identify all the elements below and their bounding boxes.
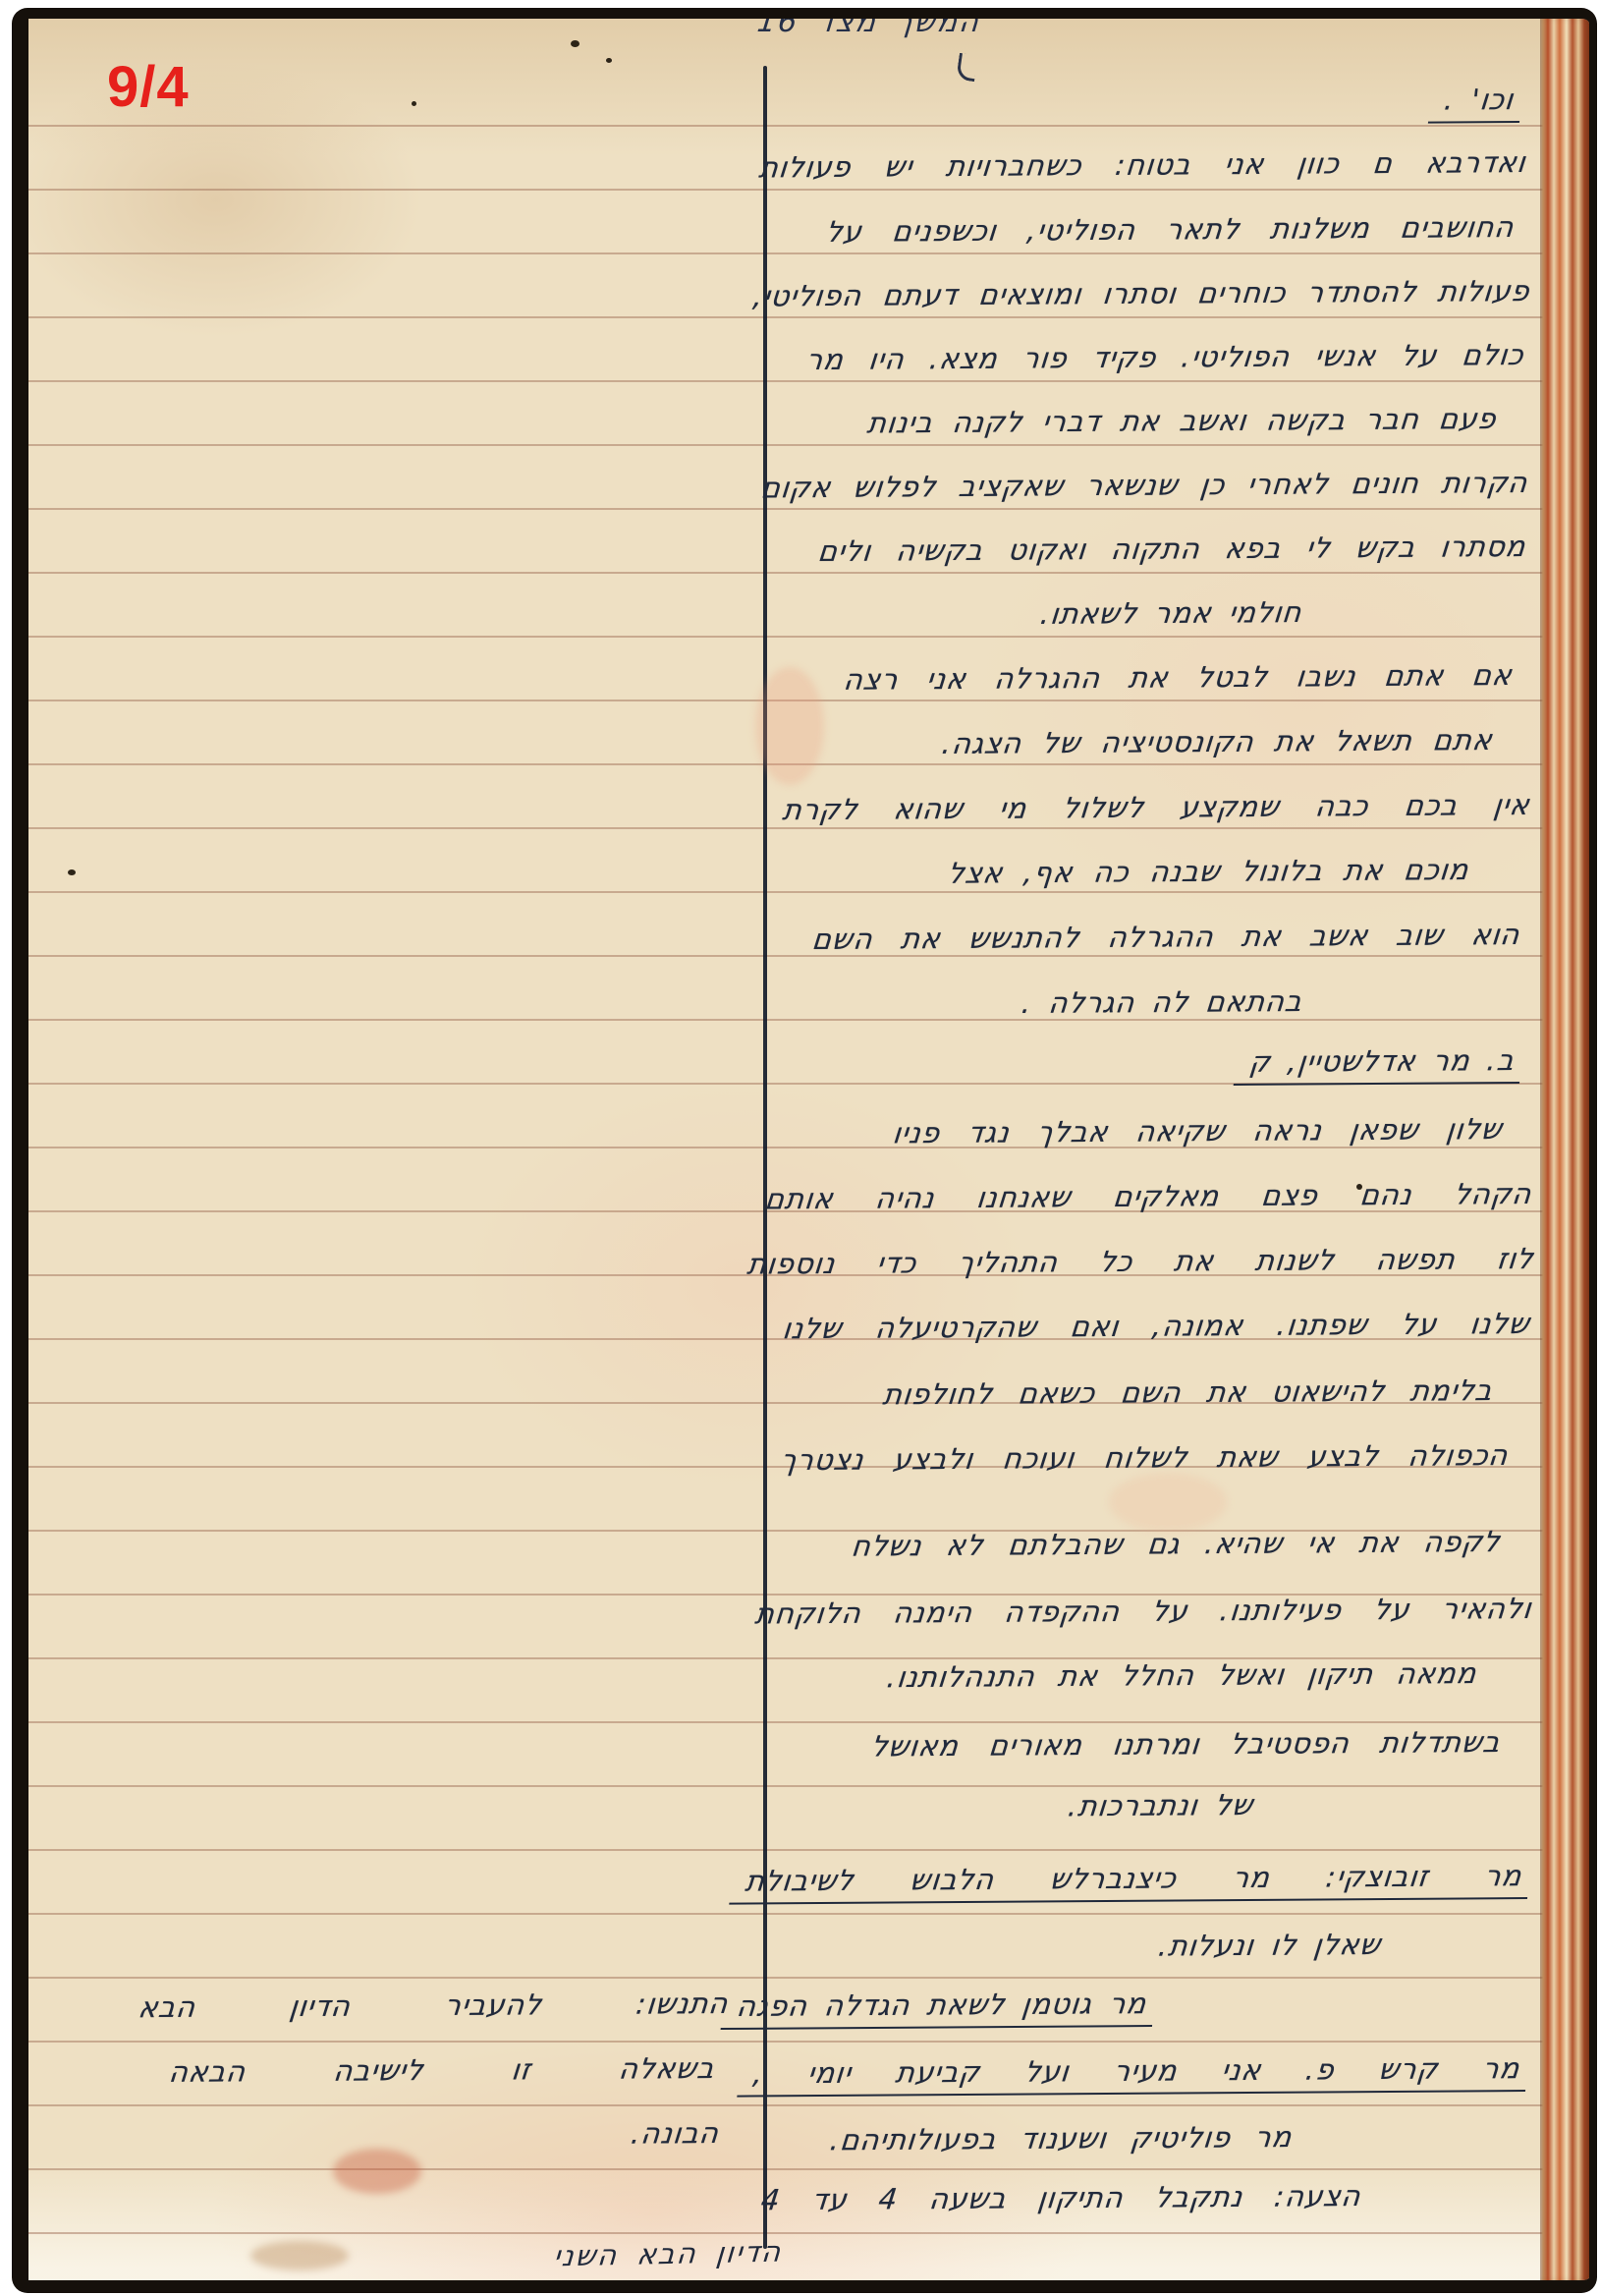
handwritten-line: וכו' . <box>1428 80 1524 124</box>
handwritten-line: מר פוליטיק ושענוד בפעולותיהם. <box>828 2117 1295 2159</box>
handwritten-line: הכפולה לבצע שאת לשלוח ועוכח ולבצע נצטרך <box>779 1435 1511 1480</box>
red-stain <box>333 2149 421 2194</box>
handwritten-line: אין בכם כבה שמקצע לשלול מי שהוא לקרת <box>781 785 1532 829</box>
handwritten-line: אתם תשאל את הקונסטיציה של הצגה. <box>940 720 1495 763</box>
ink-speck <box>68 869 76 875</box>
binding-edge <box>1540 19 1589 2280</box>
handwritten-line: אם אתם נשבו לבטל את ההגרלה אני רצה <box>842 655 1515 700</box>
header-note: המשך מצד 16 <box>755 8 982 39</box>
handwritten-line: שאלן לו ונעלות. <box>1156 1925 1383 1966</box>
handwritten-line: מסתרו בקש לי בפא התקוה ואקוט בקשיה ולים <box>816 527 1528 571</box>
pink-stain <box>755 667 824 785</box>
handwritten-line: ממאה תיקון ואשל החלל את התנהלותנו. <box>885 1653 1479 1697</box>
ink-speck <box>412 101 416 106</box>
scanned-document: 9/4 המשך מצד 16 וכו' .ואדרבא ם כוון אני … <box>0 0 1600 2296</box>
handwritten-line: של ונתברכות. <box>1066 1785 1255 1825</box>
page-scan: 9/4 המשך מצד 16 וכו' .ואדרבא ם כוון אני … <box>12 8 1597 2293</box>
footer-note: הדיון הבא השני <box>552 2235 784 2273</box>
handwritten-line: הקהל נהם פצם מאלקים שאנחנו נהיה אותם <box>763 1174 1534 1218</box>
handwritten-line: שלון שפאן נראה שקיאה אבלך נגד פניו <box>891 1109 1505 1152</box>
handwritten-line: כולם על אנשי הפוליטי. פקיד פור מצא. היו … <box>804 335 1526 379</box>
handwritten-line: מר זובוצקי: מר כיצנברלש הלבוש לשיבולת <box>729 1856 1532 1905</box>
handwritten-line: פעולות להסתדר כוחרים וסתרו ומוצאים דעתם … <box>751 271 1532 316</box>
handwritten-line: הצעה: נתקבל התיקון בשעה 4 עד 4 <box>759 2176 1363 2219</box>
pink-stain <box>1109 1473 1227 1532</box>
column-divider <box>763 66 767 2249</box>
handwritten-line: בלימת להישאוט את השם כשאם לחולפות <box>881 1371 1495 1414</box>
handwritten-line: בשאלה זו לישיבה הבאה <box>167 2048 717 2092</box>
handwritten-line: שלנו על שפתנו. אמונה, ואם שהקרטיעלה שלנו <box>781 1304 1532 1348</box>
handwritten-line: מר גוטמן לשאת הגדלה הפגה <box>721 1984 1157 2030</box>
ink-speck <box>1356 1184 1362 1190</box>
brown-stain <box>250 2241 349 2270</box>
handwritten-line: הבונה. <box>629 2113 721 2154</box>
handwritten-line: בשתדלות הפסטיבל ומרתנו מאורים מאושל <box>869 1722 1503 1765</box>
handwritten-line: פעם חבר בקשה ואשב את דברי לקנה בינות <box>865 399 1499 442</box>
handwritten-line: החושבים משלנות לתאר הפוליטי, וכשפנים על <box>824 207 1517 252</box>
handwritten-line: ואדרבא ם כוון אני בטוח: כשחברויות יש פעו… <box>757 142 1528 187</box>
handwritten-line: לוז תפשה לשנות את כל התהליך כדי נוספות <box>745 1239 1536 1284</box>
ink-speck <box>571 40 579 47</box>
handwritten-line: מוכם את בלונול שבנה כה אף, אצל <box>946 850 1471 893</box>
stray-pen-mark <box>956 53 978 82</box>
handwritten-line: הקרות חונים לאחרי כן שנשאר שאקציב לפלוש … <box>759 463 1530 507</box>
handwritten-line: מר קרש פ. אני מעיר ועל קביעת יומי , <box>737 2048 1530 2098</box>
handwritten-line: הוא שוב אשב את ההגרלה להתנשש את השם <box>810 915 1522 959</box>
handwritten-line: ב. מר אדלשטיין, ק <box>1233 1040 1524 1086</box>
handwritten-line: חולמי אמר לשאתו. <box>1038 592 1304 634</box>
handwritten-line: התנשו: להעביר הדיון הבא <box>137 1984 731 2027</box>
ink-speck <box>606 58 612 63</box>
handwritten-line: בהתאם לה הגרלה . <box>1020 981 1304 1023</box>
handwritten-line: ולהאיר על פעילותנו. על ההקפדה הימנה הלוק… <box>753 1589 1534 1634</box>
page-number-label: 9/4 <box>107 54 190 120</box>
